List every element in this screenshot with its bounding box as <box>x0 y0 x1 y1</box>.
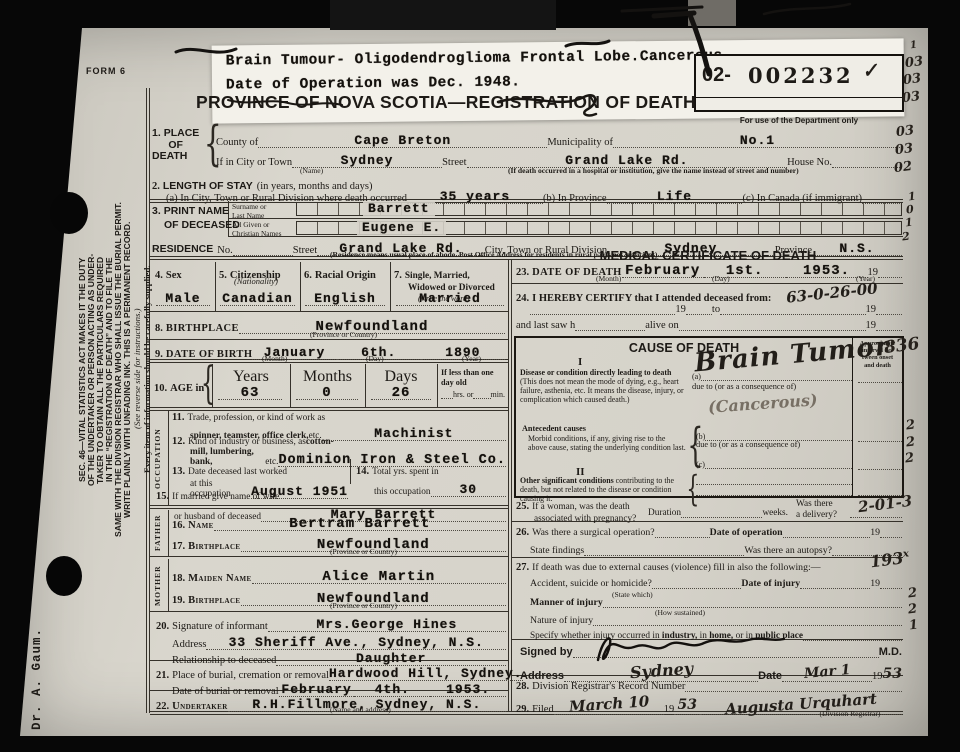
pen-stroke <box>566 41 609 46</box>
pen-stroke <box>176 49 236 52</box>
pen-marks-overlay <box>0 0 960 752</box>
doctor-signature-scrawl <box>598 638 784 660</box>
flourish-squiggle <box>498 95 596 115</box>
pen-stroke <box>764 4 850 14</box>
underline-squiggle <box>228 100 342 105</box>
pen-stroke-seven <box>654 13 709 74</box>
pen-stroke <box>622 7 702 11</box>
